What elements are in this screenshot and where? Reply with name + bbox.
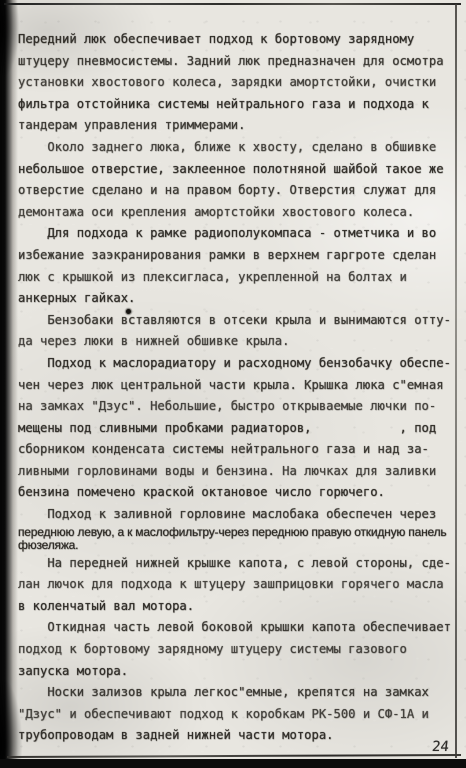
text-line: люк с крышкой из плексигласа, укрепленно… [18,267,452,289]
binding-shadow [0,0,18,768]
page-number: 24 [431,739,450,755]
text-line: Бензобаки вставляются в отсеки крыла и в… [18,310,452,332]
text-line: Около заднего люка, ближе к хвосту, сдел… [18,137,452,159]
ink-spot [126,309,131,314]
text-line: трубопроводам в задней нижней части мото… [18,725,452,747]
text-line: тандерам управления триммерами. [18,115,452,137]
typewritten-text-block: Передний люк обеспечивает подход к борто… [18,29,452,747]
text-line: на замках "Дзус". Небольшие, быстро откр… [18,396,452,418]
scanned-page: Передний люк обеспечивает подход к борто… [0,0,466,768]
text-line: подход к бортовому зарядному штуцеру сис… [18,639,452,661]
text-line: штуцеру пневмосистемы. Задний люк предна… [18,51,452,73]
text-line: избежание заэкранирования рамки в верхне… [18,245,452,267]
inserted-correction-line: фюзеляжа. [18,539,452,553]
text-line: установки хвостового колеса, зарядки амо… [18,72,452,94]
text-line: небольшое отверстие, заклеенное полотнян… [18,159,452,181]
text-line: фильтра отстойника системы нейтрального … [18,94,452,116]
text-line: сборником конденсата системы нейтральног… [18,439,452,461]
text-line: На передней нижней крышке капота, с лево… [18,553,452,575]
text-line: Для подхода к рамке радиополукомпаса - о… [18,223,452,245]
text-line: запуска мотора. [18,661,452,683]
text-line: Передний люк обеспечивает подход к борто… [18,29,452,51]
inserted-correction-line: переднюю левую, а к маслофильтру-через п… [18,526,452,540]
page-frame-top-line [4,3,461,5]
text-line: чен через люк центральной части крыла. К… [18,375,452,397]
text-line: да через люки в нижней обшивке крыла. [18,331,452,353]
text-line: бензина помечено краской октановое число… [18,482,452,504]
text-line: Подход к маслорадиатору и расходному бен… [18,353,452,375]
text-line: Носки зализов крыла легкос"емные, крепят… [18,682,452,704]
text-line: анкерных гайках. [18,288,452,310]
text-line: в коленчатый вал мотора. [18,596,452,618]
text-line: Откидная часть левой боковой крышки капо… [18,617,452,639]
scan-bottom-band [0,759,466,768]
text-line: отверстие сделано и на правом борту. Отв… [18,180,452,202]
text-line: ливными горловинами воды и бензина. На л… [18,461,452,483]
page-frame-bottom-line [7,754,461,758]
text-line: лан лючок для подхода к штуцеру зашприцо… [18,574,452,596]
text-line: "Дзус" и обеспечивают подход к коробкам … [18,704,452,726]
text-line: мещены под сливными пробками радиаторов,… [18,418,452,440]
page-frame-right-line [455,4,457,758]
text-line: Подход к заливной горловине маслобака об… [18,504,452,526]
text-line: демонтажа оси крепления амортстойки хвос… [18,202,452,224]
